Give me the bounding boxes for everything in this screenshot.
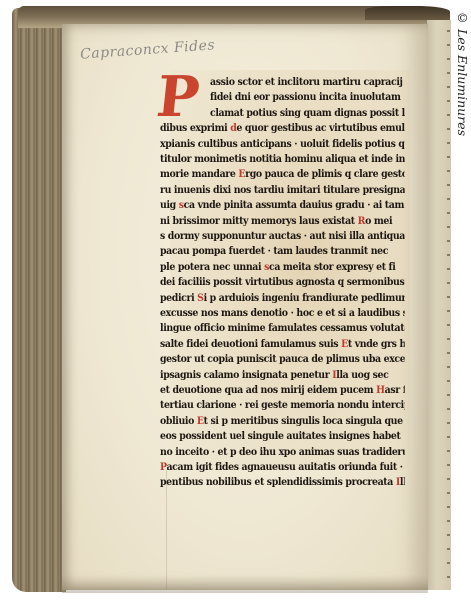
rubricated-letter: P bbox=[160, 461, 166, 473]
text-line: salte fidei deuotioni famulamus suis Et … bbox=[160, 337, 405, 351]
text-line: titulor monimetis notitia hominu aliqua … bbox=[160, 152, 405, 166]
text-line: gestor ut copia puniscit pauca de plimus… bbox=[160, 352, 405, 366]
rubricated-letter: E bbox=[238, 168, 245, 180]
text-line: et deuotione qua ad nos mirij eidem puce… bbox=[160, 383, 405, 397]
torn-top-edge bbox=[365, 6, 450, 20]
rubricated-letter: S bbox=[197, 292, 203, 304]
text-line: Pacam igit fides agnaueusu auitatis oriu… bbox=[160, 460, 405, 474]
text-line: ni brissimor mitty memorys laus existat … bbox=[160, 214, 405, 228]
text-line: assio sctor et inclitoru martiru capraci… bbox=[210, 75, 405, 89]
text-line: ru inuenis dixi nos tardiu imitari titul… bbox=[160, 183, 405, 197]
rubricated-letter: s bbox=[264, 261, 269, 273]
facing-page-ink-marks bbox=[447, 30, 450, 580]
text-line: lingue officio minime famulates cessamus… bbox=[160, 321, 405, 335]
text-line: pacau pompa fuerdet · tam laudes tranmit… bbox=[160, 244, 405, 258]
text-line: clamat potius sing quam dignas possit la… bbox=[210, 106, 405, 120]
text-line: ple potera nec unnai sca meita stor expr… bbox=[160, 260, 405, 274]
book-page-block-edge bbox=[12, 8, 66, 592]
text-line: fidei dni eor passionu incita inuolutam bbox=[210, 90, 405, 104]
copyright-notice: © Les Enluminures bbox=[452, 10, 470, 160]
text-line: xpianis cultibus anticipans · uoluit fid… bbox=[160, 137, 405, 151]
text-line: pedicri Si p arduiois ingeniu frandiurat… bbox=[160, 291, 405, 305]
text-line: no inceito · et p deo ihu xpo animas sua… bbox=[160, 445, 405, 459]
rubricated-letter: E bbox=[341, 338, 348, 350]
rubricated-letter: s bbox=[179, 199, 184, 211]
text-line: tertiau clarione · rei geste memoria non… bbox=[160, 398, 405, 412]
rubricated-letter: H bbox=[376, 384, 384, 396]
rubricated-letter: d bbox=[230, 122, 236, 134]
red-initial-letter: P bbox=[143, 70, 213, 124]
text-line: obliuio Et si p meritibus singulis loca … bbox=[160, 414, 405, 428]
text-line: eos possident uel singule auitates insig… bbox=[160, 429, 405, 443]
rubricated-letter: I bbox=[332, 369, 336, 381]
text-line: dibus exprimi de quor gestibus ac virtut… bbox=[160, 121, 405, 135]
text-line: pentibus nobilibus et splendidissimis pr… bbox=[160, 475, 405, 489]
text-line: s dormy supponuntur auctas · aut nisi il… bbox=[160, 229, 405, 243]
page-bottom-shadow bbox=[62, 575, 428, 593]
rubricated-letter: I bbox=[396, 476, 400, 488]
text-line: excusse nos mans denotio · hoc e et si a… bbox=[160, 306, 405, 320]
text-line: uig sca vnde pinita assumta dauius gradu… bbox=[160, 198, 405, 212]
text-line: morie mandare Ergo pauca de plimis q cla… bbox=[160, 167, 405, 181]
manuscript-photo: Capraconcx Fides P assio sctor et inclit… bbox=[0, 0, 471, 600]
rubricated-letter: E bbox=[197, 415, 204, 427]
text-line: dei faciliis possit virtutibus agnosta q… bbox=[160, 275, 405, 289]
rubricated-letter: R bbox=[358, 215, 365, 227]
text-line: ipsagnis calamo insignata penetur Illa u… bbox=[160, 368, 405, 382]
